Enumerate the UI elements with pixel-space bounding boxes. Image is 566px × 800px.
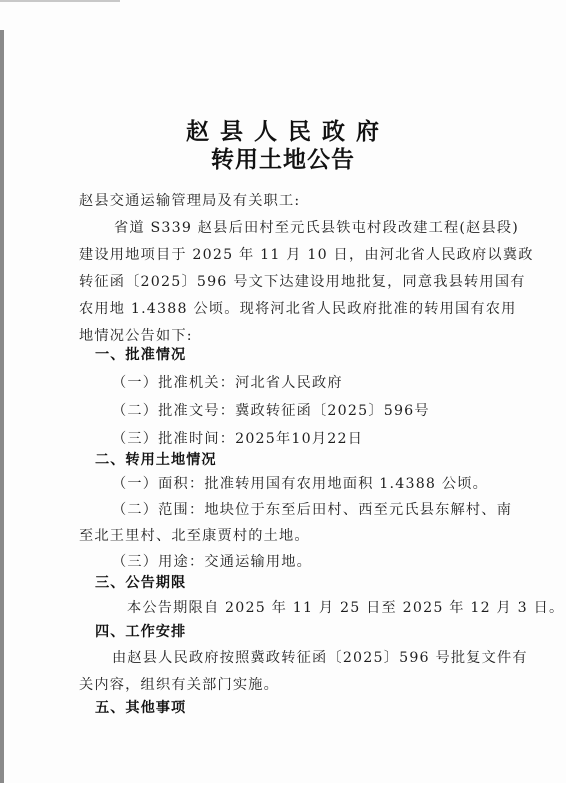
arrangement-line: 关内容，组织有关部门实施。 <box>79 675 279 695</box>
land-scope-cont: 至北王里村、北至康贾村的土地。 <box>79 526 310 546</box>
arrangement-line: 由赵县人民政府按照冀政转征函〔2025〕596 号批复文件有 <box>112 648 528 668</box>
intro-line: 地情况公告如下: <box>79 326 193 346</box>
intro-line: 建设用地项目于 2025 年 11 月 10 日，由河北省人民政府以冀政 <box>79 245 534 265</box>
approval-authority: （一）批准机关：河北省人民政府 <box>112 373 343 393</box>
section-heading-approval: 一、批准情况 <box>95 345 186 365</box>
scan-edge-top <box>0 0 120 2</box>
scan-edge-bottom <box>0 783 566 800</box>
section-heading-land: 二、转用土地情况 <box>95 450 217 470</box>
notice-period: 本公告期限自 2025 年 11 月 25 日至 2025 年 12 月 3 日… <box>127 598 564 618</box>
land-use: （三）用途：交通运输用地。 <box>112 552 312 572</box>
intro-line: 转征函〔2025〕596 号文下达建设用地批复，同意我县转用国有 <box>79 272 526 292</box>
approval-date: （三）批准时间：2025年10月22日 <box>112 429 363 449</box>
section-heading-other: 五、其他事项 <box>95 698 186 718</box>
land-area: （一）面积：批准转用国有农用地面积 1.4388 公顷。 <box>112 474 488 494</box>
section-heading-arrangement: 四、工作安排 <box>95 622 186 642</box>
approval-doc-number: （二）批准文号：冀政转征函〔2025〕596号 <box>112 401 430 421</box>
intro-line: 农用地 1.4388 公顷。现将河北省人民政府批准的转用国有农用 <box>79 299 517 319</box>
land-scope: （二）范围：地块位于东至后田村、西至元氏县东解村、南 <box>112 500 512 520</box>
section-heading-period: 三、公告期限 <box>95 573 186 593</box>
document-title: 转用土地公告 <box>0 141 566 174</box>
salutation: 赵县交通运输管理局及有关职工: <box>79 191 300 211</box>
intro-line: 省道 S339 赵县后田村至元氏县铁屯村段改建工程(赵县段) <box>114 218 519 238</box>
